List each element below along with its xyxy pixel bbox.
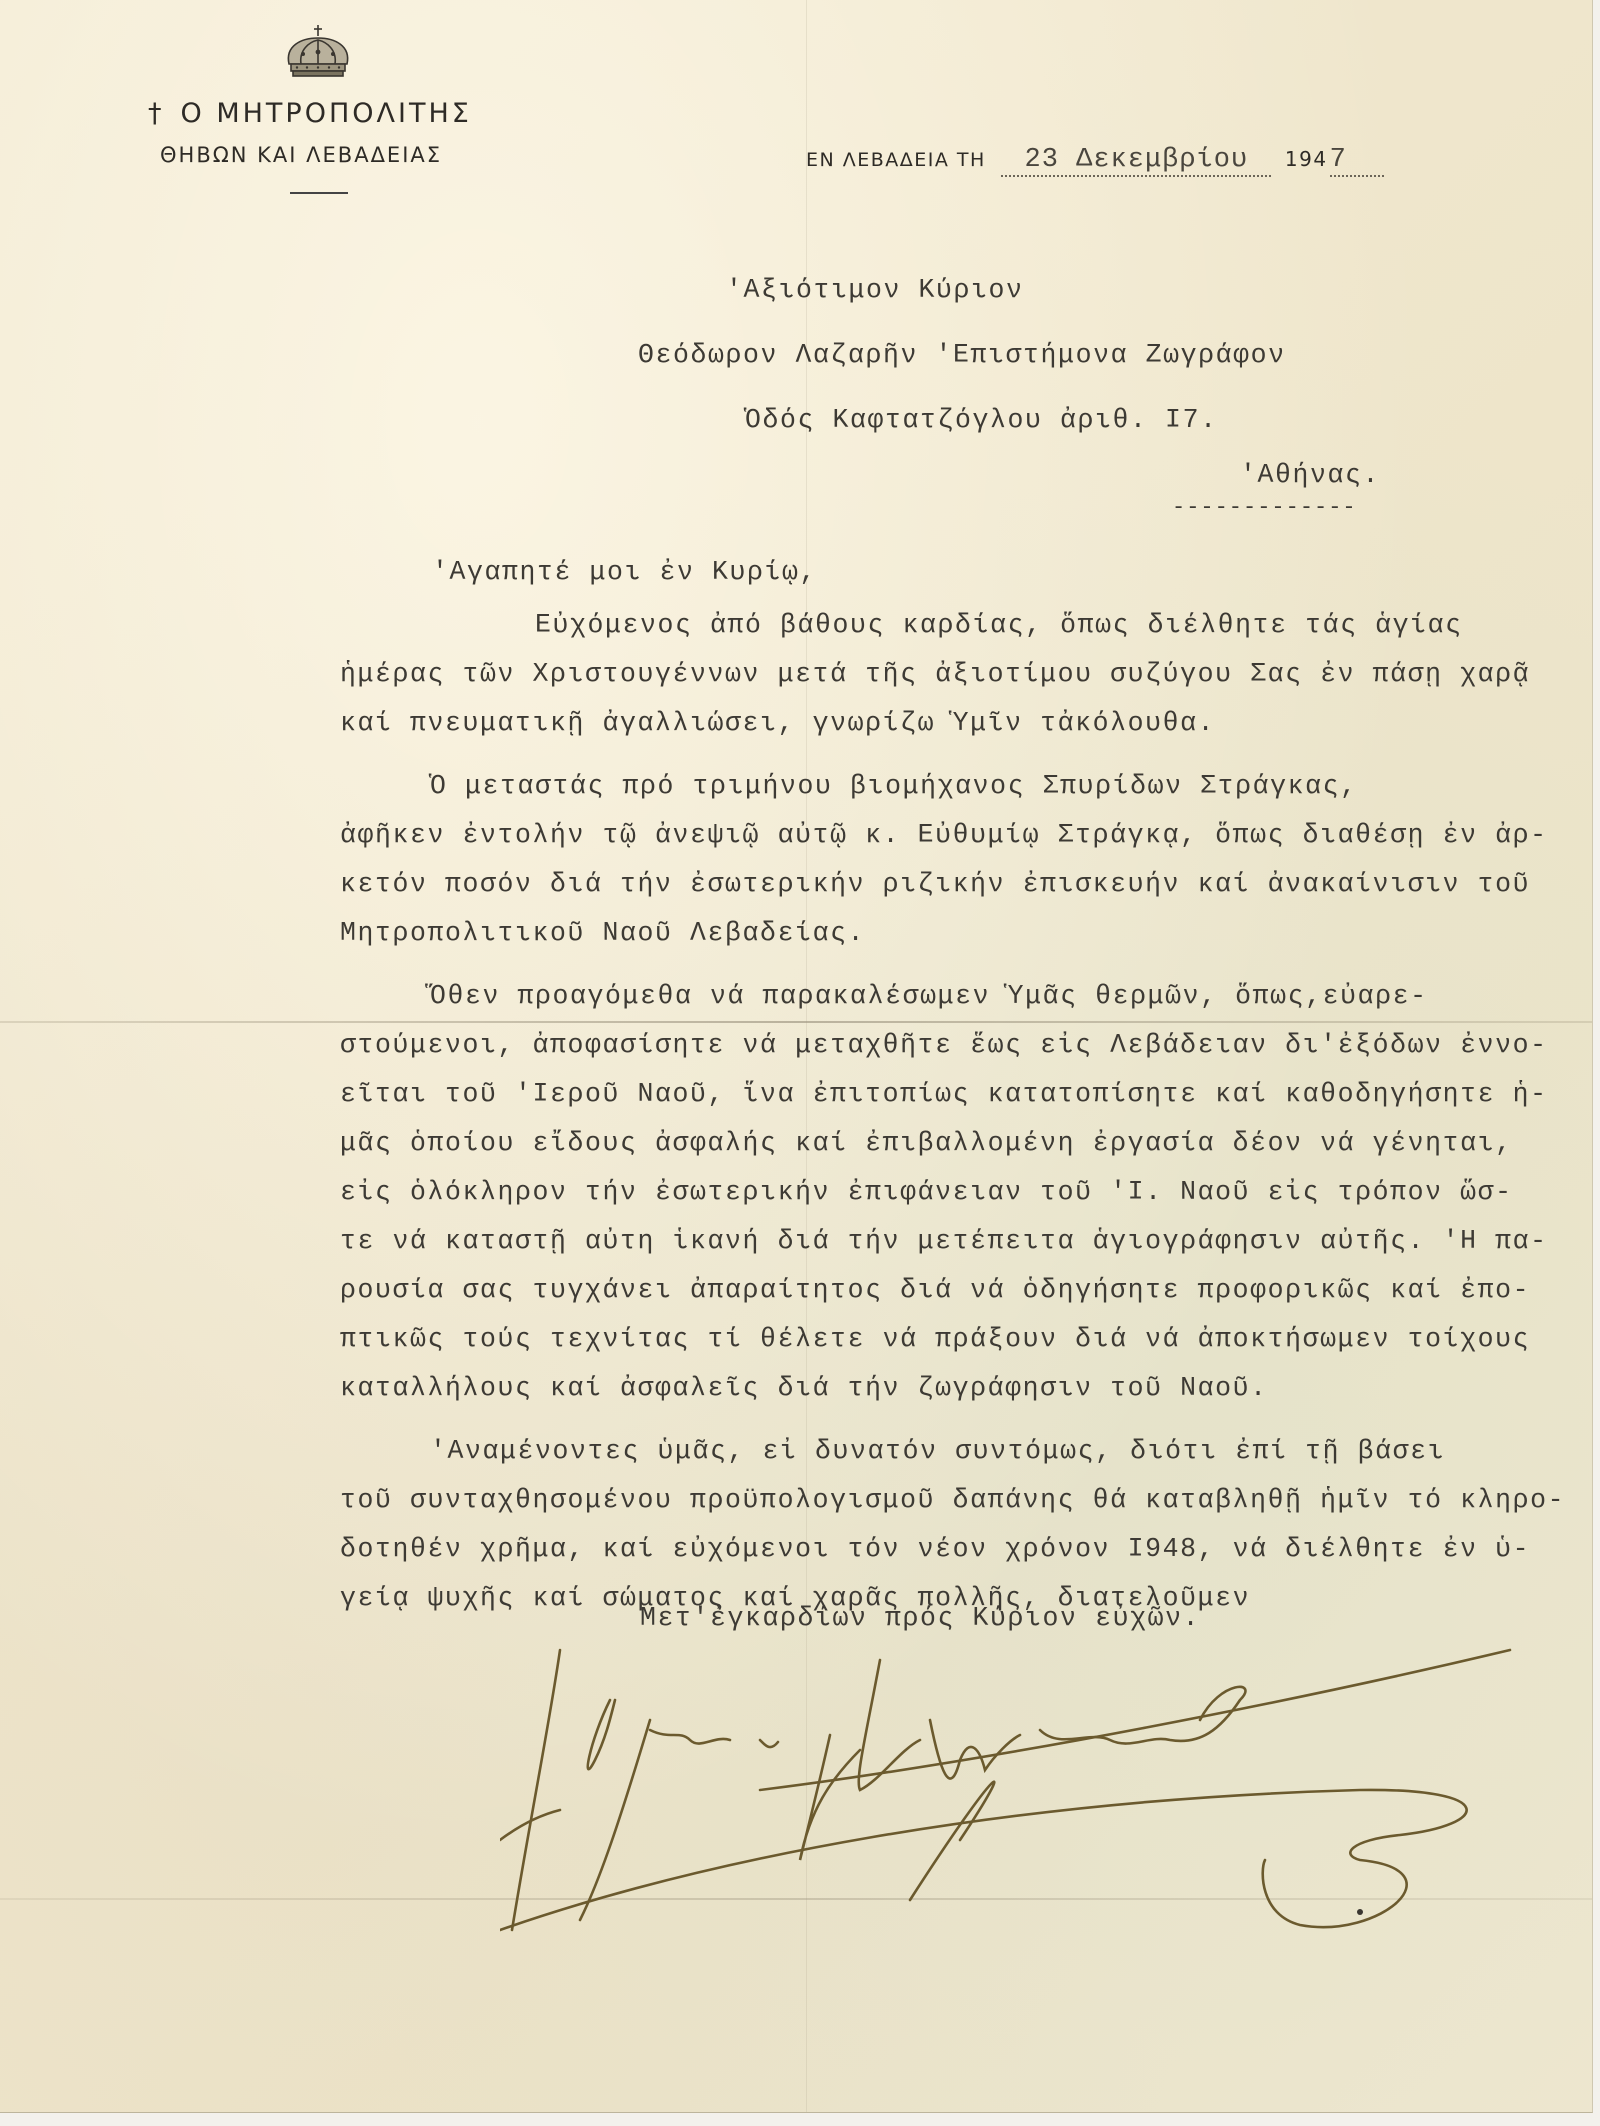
dateline-year-suffix: 7 — [1330, 145, 1384, 177]
paper-fold-horizontal — [0, 1021, 1592, 1023]
body-line: τε νά καταστῇ αὐτη ἱκανή διά τήν μετέπει… — [340, 1226, 1548, 1256]
body-line: Ὁ μεταστάς πρό τριμήνου βιομήχανος Σπυρί… — [430, 771, 1358, 801]
body-line: ἀφῆκεν ἐντολήν τῷ ἀνεψιῷ αὐτῷ κ. Εὐθυμίῳ… — [340, 820, 1548, 850]
body-line: Εὐχόμενος ἀπό βάθους καρδίας, ὅπως διέλθ… — [535, 610, 1463, 640]
body-line: Ὅθεν προαγόμεθα νά παρακαλέσωμεν Ὑμᾶς θε… — [430, 981, 1428, 1011]
signature — [500, 1640, 1560, 1940]
body-line: καταλλήλους καί ἀσφαλεῖς διά τήν ζωγράφη… — [340, 1373, 1268, 1403]
body-line: Μητροπολιτικοῦ Ναοῦ Λεβαδείας. — [340, 918, 865, 948]
dateline-place: ΕΝ ΛΕΒΑΔΕΙΑ ΤΗ — [806, 149, 986, 171]
crown-icon — [283, 24, 353, 82]
body-line: στούμενοι, ἀποφασίσητε νά μεταχθῆτε ἕως … — [340, 1030, 1548, 1060]
greeting: 'Αγαπητέ μοι ἐν Κυρίῳ, — [432, 557, 817, 587]
dateline-year-prefix: 194 — [1285, 147, 1328, 171]
body-line: τοῦ συνταχθησομένου προϋπολογισμοῦ δαπάν… — [340, 1485, 1565, 1515]
addressee-title: 'Αξιότιμον Κύριον — [726, 275, 1024, 305]
body-line: εἰς ὁλόκληρον τήν ἐσωτερικήν ἐπιφάνειαν … — [340, 1177, 1513, 1207]
addressee-city: 'Αθήνας. — [1240, 460, 1380, 490]
body-line: ἡμέρας τῶν Χριστουγέννων μετά τῆς ἀξιοτί… — [340, 659, 1530, 689]
closing: Μετ'ἐγκαρδίων πρός Κύριον εὐχῶν. — [640, 1603, 1200, 1633]
signature-dot — [1357, 1909, 1363, 1915]
body-line: ρουσία σας τυγχάνει ἀπαραίτητος διά νά ὁ… — [340, 1275, 1530, 1305]
letterhead-title: †Ο ΜΗΤΡΟΠΟΛΙΤΗΣ — [148, 98, 472, 129]
letterhead-title-text: Ο ΜΗΤΡΟΠΟΛΙΤΗΣ — [181, 98, 472, 129]
body-line: εῖται τοῦ 'Ιεροῦ Ναοῦ, ἵνα ἐπιτοπίως κατ… — [340, 1079, 1548, 1109]
letterhead-see: ΘΗΒΩΝ ΚΑΙ ΛΕΒΑΔΕΙΑΣ — [160, 143, 442, 167]
body-line: καί πνευματικῇ ἀγαλλιώσει, γνωρίζω Ὑμῖν … — [340, 708, 1215, 738]
letter-paper: †Ο ΜΗΤΡΟΠΟΛΙΤΗΣ ΘΗΒΩΝ ΚΑΙ ΛΕΒΑΔΕΙΑΣ ΕΝ Λ… — [0, 0, 1593, 2113]
body-line: δοτηθέν χρῆμα, καί εὐχόμενοι τόν νέον χρ… — [340, 1534, 1530, 1564]
addressee-name: Θεόδωρον Λαζαρῆν 'Επιστήμονα Ζωγράφον — [638, 340, 1286, 370]
addressee-street: Ὁδός Καφτατζόγλου ἀριθ. Ι7. — [745, 405, 1218, 435]
addressee-separator: ------------- — [1172, 495, 1357, 520]
dateline-day-month: 23 Δεκεμβρίου — [1001, 145, 1271, 177]
letterhead-divider — [290, 192, 348, 194]
body-line: μᾶς ὁποίου εἴδους ἀσφαλής καί ἐπιβαλλομέ… — [340, 1128, 1513, 1158]
body-line: κετόν ποσόν διά τήν ἐσωτερικήν ριζικήν ἐ… — [340, 869, 1530, 899]
body-line: 'Αναμένοντες ὑμᾶς, εἰ δυνατόν συντόμως, … — [430, 1436, 1445, 1466]
dateline: ΕΝ ΛΕΒΑΔΕΙΑ ΤΗ 23 Δεκεμβρίου 1947 — [806, 145, 1384, 177]
body-line: πτικῶς τούς τεχνίτας τί θέλετε νά πράξου… — [340, 1324, 1530, 1354]
cross-icon: † — [148, 98, 165, 129]
